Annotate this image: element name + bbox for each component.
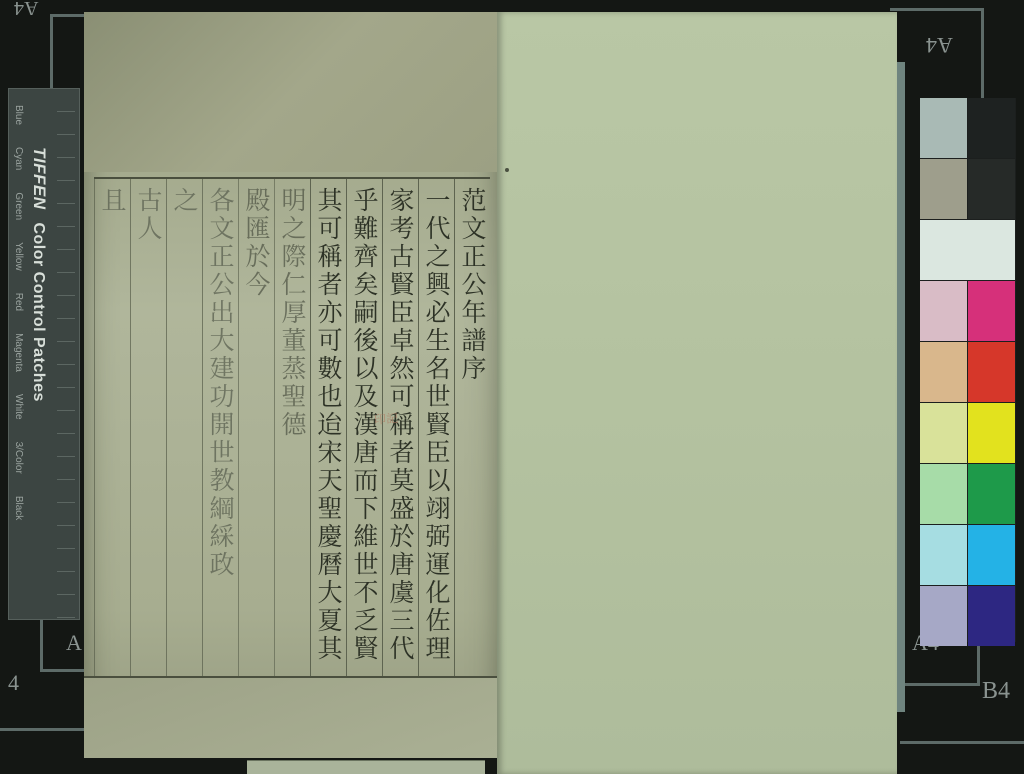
color-reference-card <box>920 98 1016 642</box>
guide-line-bottom <box>0 728 84 731</box>
color-patch-white <box>920 220 1015 280</box>
tiffen-label-white: White <box>13 394 24 420</box>
tiffen-label-blue: Blue <box>13 105 24 125</box>
text-column: 乎難齊矣嗣後以及漢唐而下維世不乏賢而 <box>346 179 382 679</box>
color-patch-magenta <box>968 281 1015 341</box>
tiffen-label-yellow: Yellow <box>13 242 24 271</box>
color-patch-green <box>968 464 1015 524</box>
text-column: 之 <box>166 179 202 679</box>
color-patch-black <box>968 98 1015 158</box>
guide-label-a4-topleft: A4 <box>14 0 38 19</box>
lower-margin <box>84 676 500 758</box>
guide-label-a: A <box>66 630 82 656</box>
bottom-label-slip <box>247 760 485 774</box>
color-patch-dark-gray <box>968 159 1015 219</box>
tiffen-label-green: Green <box>13 192 24 220</box>
ruler-scale <box>57 89 75 619</box>
text-column: 且 <box>94 179 130 679</box>
page-edge-shadow <box>897 62 905 712</box>
color-patch-tan <box>920 342 967 402</box>
red-seal-mark: 印記 <box>373 409 398 428</box>
tiffen-label-red: Red <box>13 293 24 311</box>
text-column: 一代之興必生名世賢臣以翊弼運化佐理國 <box>418 179 454 679</box>
tiffen-label-3color: 3/Color <box>13 442 24 474</box>
color-patch-cyan <box>968 525 1015 585</box>
color-patch-light-green <box>920 464 967 524</box>
guide-line-bottom-right <box>900 741 1024 744</box>
guide-label-b4: B4 <box>982 678 1010 705</box>
woodblock-text-block: 范文正公年譜序 一代之興必生名世賢臣以翊弼運化佐理國 家考古賢臣卓然可稱者莫盛於… <box>94 177 490 679</box>
text-column: 其可稱者亦可數也迨宋天聖慶曆大夏其本 <box>310 179 346 679</box>
tiffen-title: Color Control Patches <box>30 222 47 401</box>
text-column: 殿匯於今 <box>238 179 274 679</box>
paper-spot <box>505 168 509 172</box>
tiffen-label-black: Black <box>13 496 24 520</box>
text-column: 明之際仁厚董蒸聖德 <box>274 179 310 679</box>
color-patch-light-gray <box>920 98 967 158</box>
tiffen-color-labels: Blue Cyan Green Yellow Red Magenta White… <box>13 105 24 520</box>
color-patch-indigo <box>968 586 1015 646</box>
text-columns: 范文正公年譜序 一代之興必生名世賢臣以翊弼運化佐理國 家考古賢臣卓然可稱者莫盛於… <box>94 179 490 679</box>
tiffen-label-magenta: Magenta <box>13 333 24 372</box>
color-patch-light-cyan <box>920 525 967 585</box>
color-patch-red <box>968 342 1015 402</box>
color-patch-light-yellow <box>920 403 967 463</box>
text-column: 家考古賢臣卓然可稱者莫盛於唐虞三代邈 <box>382 179 418 679</box>
color-patch-lavender <box>920 586 967 646</box>
color-patch-yellow <box>968 403 1015 463</box>
tiffen-brand: TIFFEN Color Control Patches <box>29 147 49 402</box>
text-column: 各文正公出大建功開世教綱綵政 <box>202 179 238 679</box>
right-page-blank <box>497 12 897 774</box>
guide-label-a4-topright: A4 <box>926 32 953 58</box>
upper-margin <box>84 12 500 172</box>
tiffen-color-strip: Blue Cyan Green Yellow Red Magenta White… <box>8 88 80 620</box>
column-title: 范文正公年譜序 <box>454 179 490 679</box>
guide-label-4: 4 <box>8 670 19 696</box>
tiffen-logo: TIFFEN <box>30 147 49 210</box>
color-patch-warm-gray <box>920 159 967 219</box>
text-column: 古人 <box>130 179 166 679</box>
tiffen-label-cyan: Cyan <box>13 147 24 170</box>
left-page-printed: 范文正公年譜序 一代之興必生名世賢臣以翊弼運化佐理國 家考古賢臣卓然可稱者莫盛於… <box>84 12 500 758</box>
color-patch-light-pink <box>920 281 967 341</box>
